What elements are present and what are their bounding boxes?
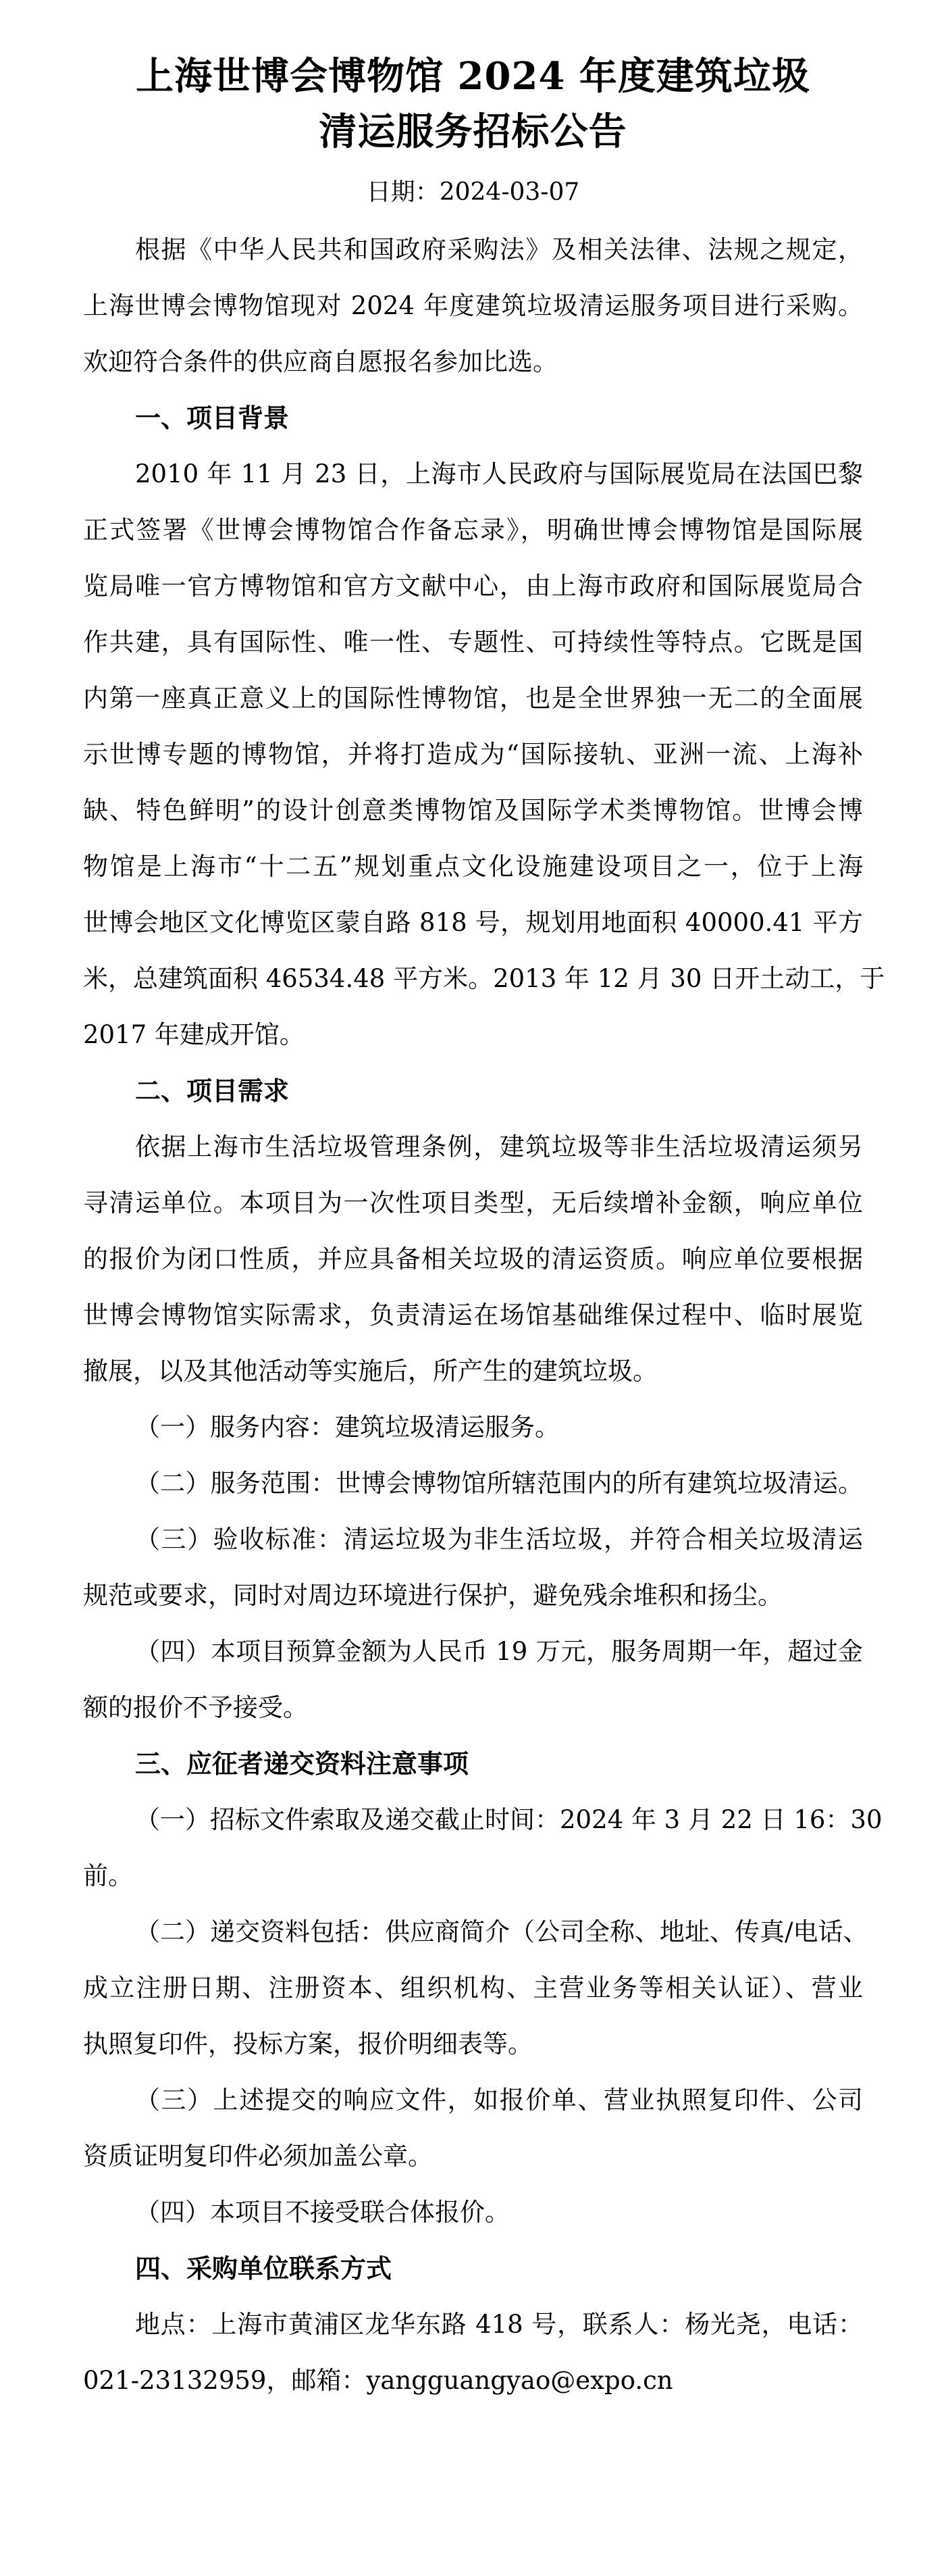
acceptance-standard-item: （三）验收标准：清运垃圾为非生活垃圾，并符合相关垃圾清运: [135, 1519, 863, 1560]
section-1-line: 2010 年 11 月 23 日，上海市人民政府与国际展览局在法国巴黎: [135, 454, 863, 495]
service-content-item: （一）服务内容：建筑垃圾清运服务。: [135, 1407, 863, 1448]
intro-line: 上海世博会博物馆现对 2024 年度建筑垃圾清运服务项目进行采购。: [83, 286, 863, 326]
consortium-item: （四）本项目不接受联合体报价。: [135, 2192, 863, 2233]
materials-item-cont: 成立注册日期、注册资本、组织机构、主营业务等相关认证）、营业: [83, 1968, 863, 2009]
intro-line: 欢迎符合条件的供应商自愿报名参加比选。: [83, 342, 863, 382]
section-2-line: 撤展，以及其他活动等实施后，所产生的建筑垃圾。: [83, 1351, 863, 1392]
acceptance-standard-item-cont: 规范或要求，同时对周边环境进行保护，避免残余堆积和扬尘。: [83, 1575, 863, 1616]
document-title-line-1: 上海世博会博物馆 2024 年度建筑垃圾: [0, 53, 946, 100]
publish-date: 日期：2024-03-07: [0, 176, 946, 209]
materials-item-cont: 执照复印件，投标方案，报价明细表等。: [83, 2024, 863, 2065]
deadline-item: （一）招标文件索取及递交截止时间：2024 年 3 月 22 日 16：30: [135, 1800, 863, 1840]
section-2-line: 的报价为闭口性质，并应具备相关垃圾的清运资质。响应单位要根据: [83, 1239, 863, 1280]
section-1-line: 米，总建筑面积 46534.48 平方米。2013 年 12 月 30 日开土动…: [83, 959, 863, 999]
budget-item: （四）本项目预算金额为人民币 19 万元，服务周期一年，超过金: [135, 1632, 863, 1672]
section-2-line: 世博会博物馆实际需求，负责清运在场馆基础维保过程中、临时展览: [83, 1295, 863, 1336]
contact-address-line: 地点：上海市黄浦区龙华东路 418 号，联系人：杨光尧，电话：: [135, 2304, 863, 2345]
intro-line: 根据《中华人民共和国政府采购法》及相关法律、法规之规定，: [135, 230, 863, 270]
section-2-line: 依据上海市生活垃圾管理条例，建筑垃圾等非生活垃圾清运须另: [135, 1127, 863, 1167]
section-1-line: 正式签署《世博会博物馆合作备忘录》，明确世博会博物馆是国际展: [83, 510, 863, 551]
section-heading-requirements: 二、项目需求: [135, 1071, 289, 1111]
materials-item: （二）递交资料包括：供应商简介（公司全称、地址、传真/电话、: [135, 1912, 863, 1952]
section-1-line: 缺、特色鲜明”的设计创意类博物馆及国际学术类博物馆。世博会博: [83, 790, 863, 831]
budget-item-cont: 额的报价不予接受。: [83, 1688, 863, 1728]
section-heading-background: 一、项目背景: [135, 398, 289, 438]
section-heading-contact: 四、采购单位联系方式: [135, 2248, 392, 2289]
section-1-line: 物馆是上海市“十二五”规划重点文化设施建设项目之一，位于上海: [83, 847, 863, 887]
service-scope-item: （二）服务范围：世博会博物馆所辖范围内的所有建筑垃圾清运。: [135, 1463, 863, 1504]
section-1-line: 内第一座真正意义上的国际性博物馆，也是全世界独一无二的全面展: [83, 678, 863, 719]
section-1-line: 览局唯一官方博物馆和官方文献中心，由上海市政府和国际展览局合: [83, 566, 863, 607]
section-1-line: 世博会地区文化博览区蒙自路 818 号，规划用地面积 40000.41 平方: [83, 903, 863, 943]
section-2-line: 寻清运单位。本项目为一次性项目类型，无后续增补金额，响应单位: [83, 1183, 863, 1223]
section-1-line: 作共建，具有国际性、唯一性、专题性、可持续性等特点。它既是国: [83, 622, 863, 663]
seal-item: （三）上述提交的响应文件，如报价单、营业执照复印件、公司: [135, 2080, 863, 2121]
section-1-line: 示世博专题的博物馆，并将打造成为“国际接轨、亚洲一流、上海补: [83, 734, 863, 775]
deadline-item-cont: 前。: [83, 1856, 863, 1896]
seal-item-cont: 资质证明复印件必须加盖公章。: [83, 2136, 863, 2177]
section-heading-submission: 三、应征者递交资料注意事项: [135, 1744, 469, 1784]
contact-phone-email-line: 021-23132959，邮箱：yangguangyao@expo.cn: [83, 2360, 863, 2401]
announcement-document: 上海世博会博物馆 2024 年度建筑垃圾 清运服务招标公告 日期：2024-03…: [0, 0, 946, 2576]
document-title-line-2: 清运服务招标公告: [0, 108, 946, 155]
section-1-line: 2017 年建成开馆。: [83, 1015, 863, 1055]
